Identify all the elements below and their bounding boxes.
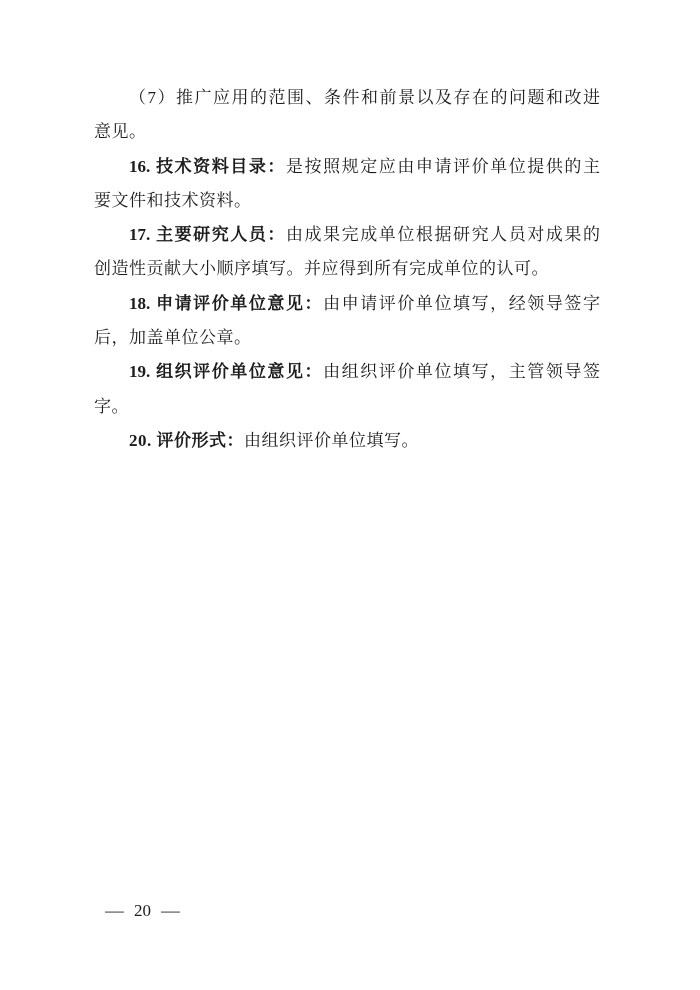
footer-left-dash: — (105, 901, 124, 921)
paragraph-text: 意见。 (94, 122, 147, 141)
item-label: 17. 主要研究人员： (129, 225, 286, 244)
paragraph-item-17: 17. 主要研究人员：由成果完成单位根据研究人员对成果的 创造性贡献大小顺序填写… (94, 218, 600, 287)
document-body: （7）推广应用的范围、条件和前景以及存在的问题和改进 意见。 16. 技术资料目… (94, 81, 600, 458)
footer-right-dash: — (161, 901, 180, 921)
paragraph-line: 字。 (94, 390, 600, 424)
paragraph-line: 17. 主要研究人员：由成果完成单位根据研究人员对成果的 (94, 218, 600, 252)
paragraph-item-16: 16. 技术资料目录：是按照规定应由申请评价单位提供的主 要文件和技术资料。 (94, 150, 600, 219)
paragraph-line: 19. 组织评价单位意见：由组织评价单位填写，主管领导签 (94, 355, 600, 389)
item-label: 20. 评价形式： (129, 431, 244, 450)
document-page: （7）推广应用的范围、条件和前景以及存在的问题和改进 意见。 16. 技术资料目… (0, 0, 700, 990)
paragraph-text: 由成果完成单位根据研究人员对成果的 (286, 225, 600, 244)
paragraph-item-20: 20. 评价形式：由组织评价单位填写。 (94, 424, 600, 458)
paragraph-text: 创造性贡献大小顺序填写。并应得到所有完成单位的认可。 (94, 259, 549, 278)
paragraph-text: 要文件和技术资料。 (94, 191, 252, 210)
paragraph-line: 18. 申请评价单位意见：由申请评价单位填写，经领导签字 (94, 287, 600, 321)
item-label: 16. 技术资料目录： (129, 157, 286, 176)
paragraph-text: 字。 (94, 397, 129, 416)
paragraph-text: 是按照规定应由申请评价单位提供的主 (286, 157, 600, 176)
paragraph-text: 由申请评价单位填写，经领导签字 (323, 294, 600, 313)
paragraph-line: 意见。 (94, 115, 600, 149)
paragraph-text: 由组织评价单位填写，主管领导签 (323, 362, 600, 381)
paragraph-text: （7）推广应用的范围、条件和前景以及存在的问题和改进 (129, 88, 600, 107)
paragraph-item-19: 19. 组织评价单位意见：由组织评价单位填写，主管领导签 字。 (94, 355, 600, 424)
paragraph-line: 后，加盖单位公章。 (94, 321, 600, 355)
paragraph-line: 16. 技术资料目录：是按照规定应由申请评价单位提供的主 (94, 150, 600, 184)
item-label: 19. 组织评价单位意见： (129, 362, 323, 381)
item-label: 18. 申请评价单位意见： (129, 294, 323, 313)
page-number: 20 (134, 901, 151, 921)
paragraph-line: 20. 评价形式：由组织评价单位填写。 (94, 424, 600, 458)
paragraph-item-18: 18. 申请评价单位意见：由申请评价单位填写，经领导签字 后，加盖单位公章。 (94, 287, 600, 356)
paragraph-text: 由组织评价单位填写。 (244, 431, 419, 450)
paragraph-line: （7）推广应用的范围、条件和前景以及存在的问题和改进 (94, 81, 600, 115)
paragraph-item-7: （7）推广应用的范围、条件和前景以及存在的问题和改进 意见。 (94, 81, 600, 150)
paragraph-line: 要文件和技术资料。 (94, 184, 600, 218)
page-footer: — 20 — (106, 899, 179, 923)
paragraph-line: 创造性贡献大小顺序填写。并应得到所有完成单位的认可。 (94, 252, 600, 286)
paragraph-text: 后，加盖单位公章。 (94, 328, 252, 347)
